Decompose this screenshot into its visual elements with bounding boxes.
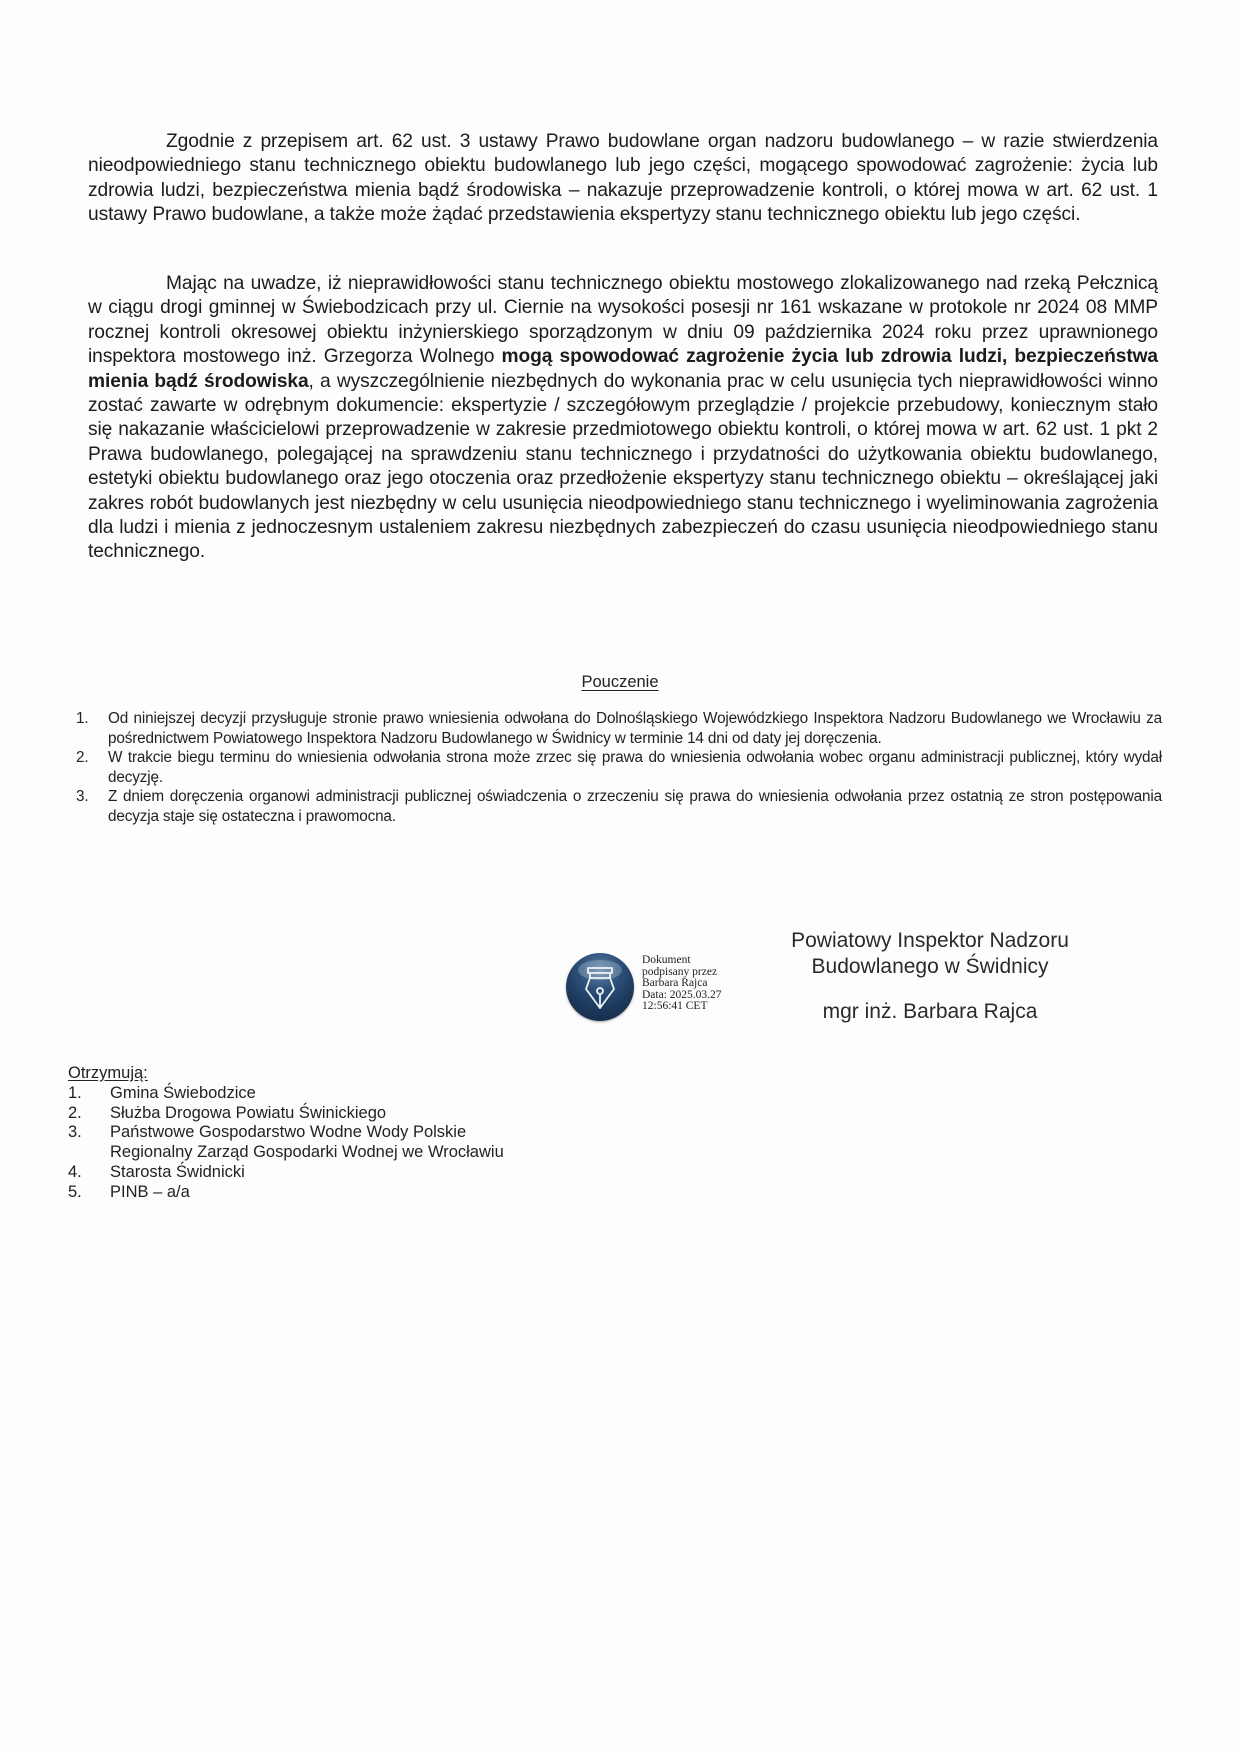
instructions-heading: Pouczenie [0, 673, 1240, 692]
instruction-item: 2. W trakcie biegu terminu do wniesienia… [70, 748, 1162, 787]
instruction-number: 1. [76, 709, 88, 729]
instruction-number: 2. [76, 748, 88, 768]
issuing-authority: Powiatowy Inspektor Nadzoru Budowlanego … [770, 928, 1090, 980]
recipients-list: 1. Gmina Świebodzice 2. Służba Drogowa P… [68, 1084, 768, 1203]
paragraph-justification: Mając na uwadze, iż nieprawidłowości sta… [88, 272, 1158, 565]
recipient-name: Służba Drogowa Powiatu Świnickiego [110, 1104, 386, 1122]
document-page: Zgodnie z przepisem art. 62 ust. 3 ustaw… [0, 0, 1240, 1754]
recipient-number: 2. [68, 1104, 82, 1124]
signer-name: mgr inż. Barbara Rajca [770, 1000, 1090, 1024]
paragraph-legal-basis: Zgodnie z przepisem art. 62 ust. 3 ustaw… [88, 130, 1158, 228]
recipient-name-continued: Regionalny Zarząd Gospodarki Wodnej we W… [110, 1143, 768, 1163]
signature-details: Dokument podpisany przez Barbara Rajca D… [642, 955, 722, 1013]
authority-line-2: Budowlanego w Świdnicy [770, 954, 1090, 980]
recipient-name: Starosta Świdnicki [110, 1163, 245, 1181]
recipient-item: 4. Starosta Świdnicki [68, 1163, 768, 1183]
instruction-text: Z dniem doręczenia organowi administracj… [108, 788, 1162, 825]
recipient-item: 1. Gmina Świebodzice [68, 1084, 768, 1104]
instructions-list: 1. Od niniejszej decyzji przysługuje str… [70, 709, 1162, 827]
recipient-name: Państwowe Gospodarstwo Wodne Wody Polski… [110, 1123, 768, 1143]
recipient-item: 3. Państwowe Gospodarstwo Wodne Wody Pol… [68, 1123, 768, 1163]
recipient-item: 2. Służba Drogowa Powiatu Świnickiego [68, 1104, 768, 1124]
paragraph-1-text: Zgodnie z przepisem art. 62 ust. 3 ustaw… [88, 130, 1158, 228]
recipient-number: 1. [68, 1084, 82, 1104]
paragraph-2-text: Mając na uwadze, iż nieprawidłowości sta… [88, 272, 1158, 565]
recipient-number: 3. [68, 1123, 82, 1143]
signature-line: Dokument [642, 955, 722, 967]
digital-signature-seal [566, 953, 634, 1021]
fountain-pen-nib-icon [566, 953, 634, 1021]
paragraph-2-rest: , a wyszczególnienie niezbędnych do wyko… [88, 371, 1158, 563]
recipient-name: Gmina Świebodzice [110, 1084, 256, 1102]
recipient-number: 4. [68, 1163, 82, 1183]
authority-line-1: Powiatowy Inspektor Nadzoru [770, 928, 1090, 954]
instruction-number: 3. [76, 787, 88, 807]
recipient-item: 5. PINB – a/a [68, 1183, 768, 1203]
instruction-item: 1. Od niniejszej decyzji przysługuje str… [70, 709, 1162, 748]
instruction-text: Od niniejszej decyzji przysługuje stroni… [108, 710, 1162, 747]
signature-time: 12:56:41 CET [642, 1001, 722, 1013]
instruction-item: 3. Z dniem doręczenia organowi administr… [70, 787, 1162, 826]
recipients-heading: Otrzymują: [68, 1064, 768, 1084]
instruction-text: W trakcie biegu terminu do wniesienia od… [108, 749, 1162, 786]
recipient-number: 5. [68, 1183, 82, 1203]
recipient-name: PINB – a/a [110, 1183, 190, 1201]
recipients-section: Otrzymują: 1. Gmina Świebodzice 2. Służb… [68, 1064, 768, 1203]
